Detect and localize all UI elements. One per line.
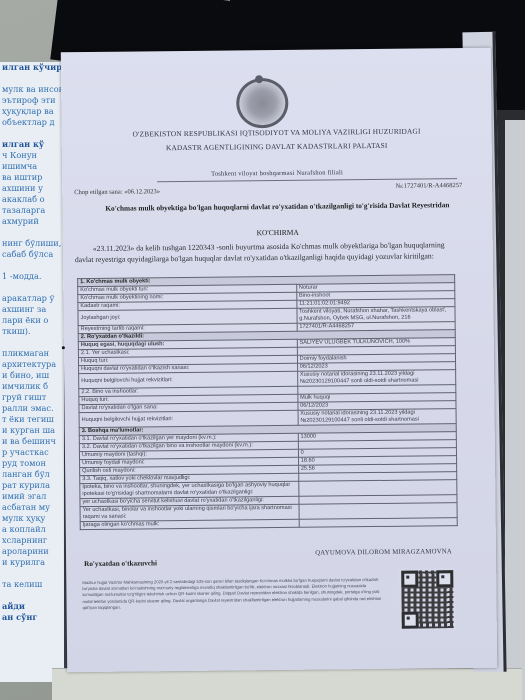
- booklet-text-line: имий эгал: [0, 491, 64, 502]
- booklet-text-line: ахшинг за: [0, 304, 64, 315]
- qr-code-icon[interactable]: [399, 568, 456, 631]
- qr-finder: [401, 571, 418, 588]
- print-date: Chop etilgan sana: «06.12.2023»: [74, 188, 160, 196]
- qr-finder: [402, 612, 419, 629]
- row-value: Xususiy notarial idorasining 23.11.2023 …: [298, 409, 456, 426]
- booklet-text-line: ч Конун: [0, 150, 64, 161]
- booklet-text-line: и бино, иш: [0, 370, 64, 381]
- booklet-text-line: рат курила: [0, 480, 64, 491]
- header-chamber: KADASTR AGENTLIGINING DAVLAT KADASTRLARI…: [62, 140, 492, 154]
- booklet-text-line: ланган бўл: [0, 469, 64, 480]
- registrar-label: Ro'yxatdan o'tkazuvchi: [84, 559, 157, 568]
- booklet-text-line: р участкас: [0, 447, 64, 458]
- booklet-text-line: [0, 73, 64, 84]
- booklet-text-line: та келиш: [0, 579, 64, 590]
- booklet-text-line: [0, 590, 64, 601]
- registrar-name: QAYUMOVA DILOROM MIRAGZAMOVNA: [315, 548, 452, 556]
- booklet-text-line: ароларини: [0, 546, 64, 557]
- booklet-text-line: нинг бўлиши,: [0, 238, 64, 249]
- booklet-text-line: акаклаб о: [0, 194, 64, 205]
- row-value: [298, 480, 456, 497]
- row-label: Ijaraga olingan ko'chmas mulk:: [80, 519, 299, 529]
- booklet-text-line: [0, 282, 64, 293]
- booklet-text-line: аракатлар ў: [0, 293, 64, 304]
- booklet-text-line: [0, 260, 64, 271]
- registry-table: 1. Ko'chmas mulk obyekti:Ko'chmas mulk o…: [77, 274, 458, 530]
- booklet-text-line: архитектура: [0, 359, 64, 370]
- qr-finder: [436, 570, 453, 587]
- booklet-text-line: а коплайл: [0, 524, 64, 535]
- booklet-text-line: мулк ва инсон: [0, 84, 64, 95]
- booklet-text-line: и курилга: [0, 557, 64, 568]
- booklet-text-line: ахмурий: [0, 216, 64, 227]
- booklet-text-line: ралли эмас.: [0, 403, 64, 414]
- intro-paragraph: «23.11.2023» da kelib tushgan 1220343 -s…: [75, 239, 465, 265]
- booklet-text-line: ахшини у: [0, 183, 64, 194]
- bullet-mark: [62, 346, 65, 349]
- booklet-text-line: асбатан му: [0, 502, 64, 513]
- booklet-text-line: тазаларга: [0, 205, 64, 216]
- booklet-text-line: сабаб бўлса: [0, 249, 64, 260]
- booklet-text-line: [0, 568, 64, 579]
- left-booklet: илган кўчирма мулк ва инсонэътироф этиҳу…: [0, 62, 70, 682]
- booklet-text-line: ткиш).: [0, 326, 64, 337]
- document-title: Ko'chmas mulk obyektiga bo'lgan huquqlar…: [102, 199, 452, 214]
- booklet-text-line: т ёки тегиш: [0, 414, 64, 425]
- booklet-text-line: пликмаган: [0, 348, 64, 359]
- booklet-text-line: груй гишт: [0, 392, 64, 403]
- booklet-text-line: руд томон: [0, 458, 64, 469]
- bottom-paper-stack: [52, 668, 522, 700]
- booklet-text-line: [0, 227, 64, 238]
- header-ministry: O'ZBEKISTON RESPUBLIKASI IQTISODIYOT VA …: [62, 126, 492, 140]
- extract-document: O'ZBEKISTON RESPUBLIKASI IQTISODIYOT VA …: [61, 48, 497, 672]
- row-value: Toshkent viloyati, Nurafshon shahar, Tas…: [297, 307, 455, 324]
- booklet-text-line: объектлар д: [0, 117, 64, 128]
- booklet-text-line: илган кўчирма: [0, 62, 64, 73]
- booklet-text-line: 1 -модда.: [0, 271, 64, 282]
- row-value: [299, 503, 457, 520]
- booklet-text-line: хсларнинг: [0, 535, 64, 546]
- booklet-text-line: илган кў: [0, 139, 64, 150]
- booklet-text-line: [0, 337, 64, 348]
- document-subtitle: KO'CHIRMA: [63, 226, 493, 240]
- booklet-text-line: ва иштир: [0, 172, 64, 183]
- right-paper-stack: [505, 120, 525, 700]
- booklet-text-line: имчилик б: [0, 381, 64, 392]
- booklet-text-line: и ва бешинч: [0, 436, 64, 447]
- row-value: [299, 518, 457, 528]
- booklet-text-line: лари ёки о: [0, 315, 64, 326]
- booklet-text-line: эътироф эти: [0, 95, 64, 106]
- booklet-text-line: и курган ша: [0, 425, 64, 436]
- booklet-text-line: ишимча: [0, 161, 64, 172]
- booklet-text-line: айди: [0, 601, 64, 612]
- document-number: №:1727401/R-A4468257: [396, 182, 463, 190]
- booklet-text-line: мулк ҳуқу: [0, 513, 64, 524]
- booklet-text-line: ҳуқуқлар ва: [0, 106, 64, 117]
- footer-note: Mazkur hujjat Vazirlar Mahkamasining 202…: [82, 577, 387, 611]
- row-value: Xususiy notarial idorasining 23.11.2023 …: [297, 370, 455, 387]
- booklet-text-line: [0, 128, 64, 139]
- booklet-text-line: ан сўнг: [0, 612, 64, 623]
- state-emblem-icon: [236, 78, 289, 129]
